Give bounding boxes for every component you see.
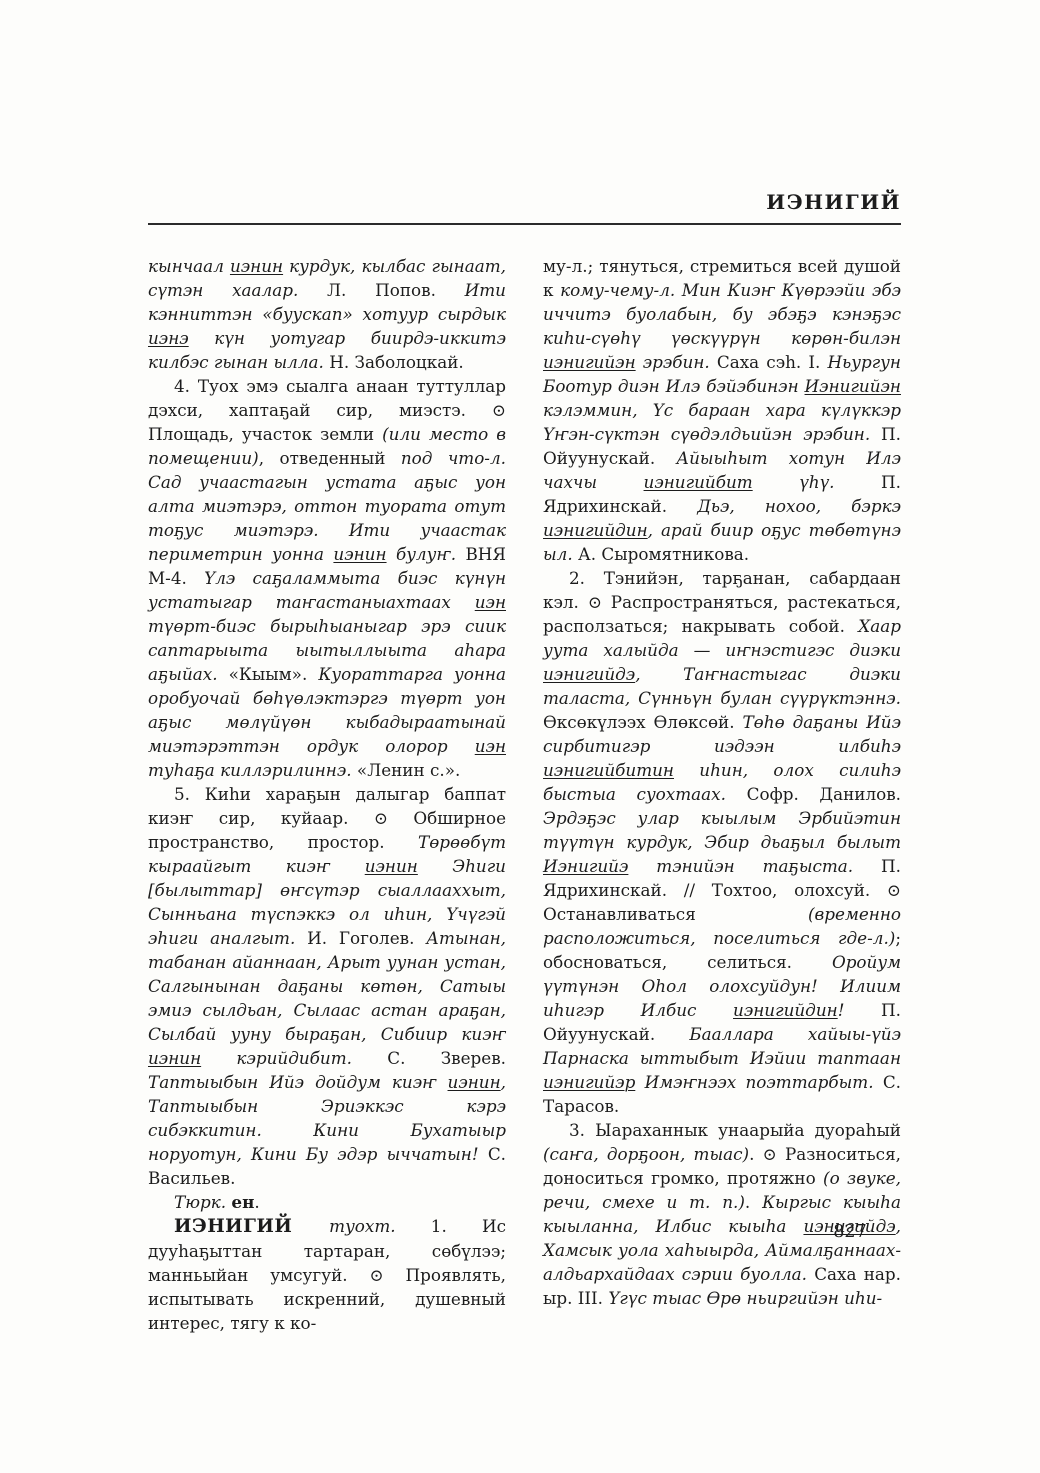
column-left: кынчаал иэнин курдук, кылбас гынаат, сүт… [148, 254, 506, 1335]
text-run: туохт. [329, 1216, 431, 1236]
dictionary-page: ИЭНИГИЙ кынчаал иэнин курдук, кылбас гын… [0, 0, 1040, 1473]
text-run: Софр. Данилов. [747, 784, 901, 804]
text-run: кынчаал [148, 256, 230, 276]
paragraph: 5. Киһи хараҕын далыгар баппат киэҥ сир,… [148, 782, 506, 1190]
text-run: Имэҥнээх поэттарбыт. [635, 1072, 883, 1092]
headword-reference: иэнигийдин [733, 1000, 838, 1020]
paragraph: 3. Ыараханнык унаарыйа дуораһый (саҥа, д… [543, 1118, 901, 1310]
text-run: С. Зверев. [387, 1048, 506, 1068]
text-columns: кынчаал иэнин курдук, кылбас гынаат, сүт… [148, 254, 901, 1335]
text-run: . [745, 1192, 762, 1212]
text-run: 2. Тэнийэн, тарҕанан, сабардаан кэл. ⊙ Р… [543, 568, 901, 636]
headword-reference: иэнигийдин [543, 520, 648, 540]
text-run: кэлэммин, Үс бараан хара күлүккэр Үҥэн-с… [543, 400, 901, 444]
text-run: Саха сэһ. I. [717, 352, 828, 372]
headword-reference: иэнин [333, 544, 386, 564]
text-run: эрэбин. [636, 352, 717, 372]
column-right: му-л.; тянуться, стремиться всей душой к… [543, 254, 901, 1335]
text-run: Эрдэҕэс улар кыылым Эрбийэтин түүтүн кур… [543, 808, 901, 852]
paragraph: Тюрк. ен. [148, 1190, 506, 1214]
headword-reference: иэнин [148, 1048, 201, 1068]
text-run: «Ленин с.». [357, 760, 460, 780]
text-run: ! [838, 1000, 881, 1020]
headword-reference: иэнин [365, 856, 418, 876]
text-run: «Кыым». [229, 664, 319, 684]
text-run: кому-чему-л. Мин Киэҥ Күөрээйи эбэ иччит… [543, 280, 901, 348]
headword-reference: иэнигийбит [644, 472, 753, 492]
headword-reference: иэнигийэр [543, 1072, 635, 1092]
text-run: Үгүс тыас Өрө ньиргийэн иһи- [608, 1288, 882, 1308]
page-number: 827 [815, 1222, 885, 1242]
paragraph: 2. Тэнийэн, тарҕанан, сабардаан кэл. ⊙ Р… [543, 566, 901, 1118]
text-run: үһү. [753, 472, 881, 492]
text-run: кэрийдибит. [201, 1048, 387, 1068]
headword-reference: иэн [475, 592, 506, 612]
text-run: , отведенный [259, 448, 401, 468]
text-run: ен [231, 1192, 254, 1212]
page-content: ИЭНИГИЙ кынчаал иэнин курдук, кылбас гын… [148, 190, 901, 1335]
text-run: Өксөкүлээх Өлөксөй. [543, 712, 742, 732]
running-head: ИЭНИГИЙ [148, 190, 901, 223]
text-run: (саҥа, дорҕоон, тыас) [543, 1144, 749, 1164]
text-run: ИЭНИГИЙ [174, 1216, 329, 1237]
text-run: 3. Ыараханнык унаарыйа дуораһый [569, 1120, 901, 1140]
headword-reference: иэнигийдэ [543, 664, 635, 684]
text-run: тэнийэн таҕыста. [628, 856, 881, 876]
text-run: булуҥ. [387, 544, 466, 564]
headword-reference: Иэнигийэ [543, 856, 628, 876]
text-run: И. Гоголев. [307, 928, 426, 948]
headword-reference: иэнигийэн [543, 352, 636, 372]
paragraph: кынчаал иэнин курдук, кылбас гынаат, сүт… [148, 254, 506, 374]
headword-reference: иэнин [230, 256, 283, 276]
text-run: Таптыыбын Ийэ дойдум киэҥ [148, 1072, 448, 1092]
text-run: туһаҕа киллэрилиннэ. [148, 760, 357, 780]
headword-reference: Иэнигийэн [805, 376, 901, 396]
headword-reference: иэнигийбитин [543, 760, 674, 780]
headword-reference: иэнэ [148, 328, 189, 348]
paragraph: ИЭНИГИЙ туохт. 1. Ис дууһаҕыттан тартара… [148, 1214, 506, 1335]
text-run: . [254, 1192, 259, 1212]
text-run: Дьэ, нохоо, бэркэ [697, 496, 901, 516]
headword-reference: иэн [475, 736, 506, 756]
paragraph: 4. Туох эмэ сыалга анаан туттуллар дэхси… [148, 374, 506, 782]
text-run: Л. Попов. [327, 280, 465, 300]
header-rule [148, 223, 901, 225]
text-run: Тюрк. [174, 1192, 231, 1212]
paragraph: му-л.; тянуться, стремиться всей душой к… [543, 254, 901, 566]
text-run: А. Сыромятникова. [578, 544, 749, 564]
headword-reference: иэнин [448, 1072, 501, 1092]
text-run: Н. Заболоцкай. [329, 352, 464, 372]
